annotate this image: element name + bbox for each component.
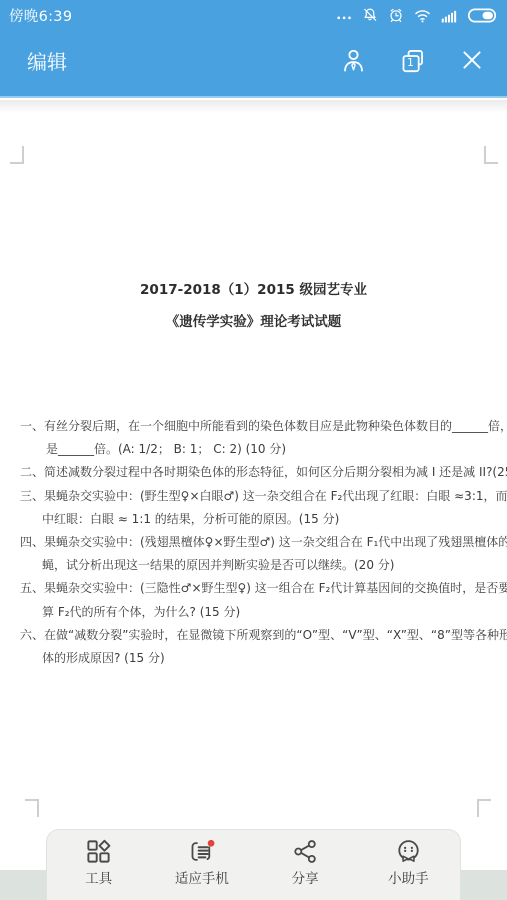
- status-bar: 傍晚6:39: [0, 0, 507, 30]
- appbar-icons: 1: [340, 47, 485, 74]
- question-4-line-2: 蝇，试分析出现这一结果的原因并判断实验是否可以继续。(20 分): [20, 554, 502, 577]
- share-button[interactable]: 分享: [254, 838, 357, 900]
- question-1-line-1: 一、有丝分裂后期，在一个细胞中所能看到的染色体数目应是此物种染色体数目的____…: [20, 415, 502, 438]
- document-title-line1: 2017-2018（1）2015 级园艺专业: [0, 278, 507, 298]
- tools-grid-icon: [85, 838, 112, 865]
- user-icon[interactable]: [340, 47, 367, 74]
- more-dots-icon: [336, 7, 353, 24]
- share-label: 分享: [292, 867, 319, 887]
- margin-corner-bottom-left: [25, 799, 39, 817]
- document-body: 一、有丝分裂后期，在一个细胞中所能看到的染色体数目应是此物种染色体数目的____…: [20, 415, 502, 670]
- mute-icon: [361, 6, 379, 24]
- assistant-label: 小助手: [388, 867, 429, 887]
- question-1-line-2: 是______倍。(A: 1/2； B: 1； C: 2) (10 分): [20, 438, 502, 461]
- clock-time: 傍晚6:39: [9, 5, 72, 26]
- question-5-line-2: 算 F₂代的所有个体，为什么? (15 分): [20, 601, 502, 624]
- close-icon[interactable]: [458, 47, 485, 74]
- fit-to-phone-button[interactable]: 适应手机: [150, 838, 253, 900]
- wifi-icon: [413, 7, 432, 24]
- question-6-line-2: 体的形成原因? (15 分): [20, 647, 502, 670]
- question-4-line-1: 四、果蝇杂交实验中：(残翅黑檀体♀×野生型♂) 这一杂交组合在 F₁代中出现了残…: [20, 531, 502, 554]
- wps-mobile-screen: { "status_bar": { "time": "傍晚6:39", "ico…: [0, 0, 507, 900]
- battery-icon: [467, 7, 498, 24]
- margin-corner-top-right: [484, 146, 498, 164]
- tools-button[interactable]: 工具: [47, 838, 150, 900]
- assistant-icon: [395, 838, 422, 865]
- question-6-line-1: 六、在做“减数分裂”实验时，在显微镜下所观察到的“O”型、“V”型、“X”型、“…: [20, 624, 502, 647]
- tab-count: 1: [403, 57, 418, 70]
- tools-label: 工具: [85, 867, 112, 887]
- document-page[interactable]: 2017-2018（1）2015 级园艺专业 《遗传学实验》理论考试试题 一、有…: [0, 100, 507, 900]
- signal-icon: [440, 7, 459, 24]
- margin-corner-top-left: [10, 146, 24, 164]
- margin-corner-bottom-right: [477, 799, 491, 817]
- question-3-line-2: 中红眼：白眼 ≈ 1:1 的结果，分析可能的原因。(15 分): [20, 508, 502, 531]
- question-2-line-1: 二、简述减数分裂过程中各时期染色体的形态特征，如何区分后期分裂相为减 I 还是减…: [20, 461, 502, 484]
- status-icons: [336, 6, 498, 24]
- edit-mode-button[interactable]: 编辑: [27, 46, 67, 75]
- bottom-toolbar: 工具 适应手机 分享: [46, 829, 461, 900]
- share-icon: [292, 838, 319, 865]
- app-bar: 编辑 1: [0, 30, 507, 98]
- alarm-icon: [387, 6, 405, 24]
- tabs-icon[interactable]: 1: [399, 47, 426, 74]
- question-5-line-1: 五、果蝇杂交实验中：(三隐性♂×野生型♀) 这一组合在 F₂代计算基因间的交换值…: [20, 577, 502, 600]
- assistant-button[interactable]: 小助手: [357, 838, 460, 900]
- toolbar-shadow: [0, 100, 507, 113]
- fit-to-phone-icon: [188, 838, 216, 865]
- fit-to-phone-label: 适应手机: [175, 867, 229, 887]
- document-title-line2: 《遗传学实验》理论考试试题: [0, 310, 507, 330]
- question-3-line-1: 三、果蝇杂交实验中：(野生型♀×白眼♂) 这一杂交组合在 F₂代出现了红眼：白眼…: [20, 485, 502, 508]
